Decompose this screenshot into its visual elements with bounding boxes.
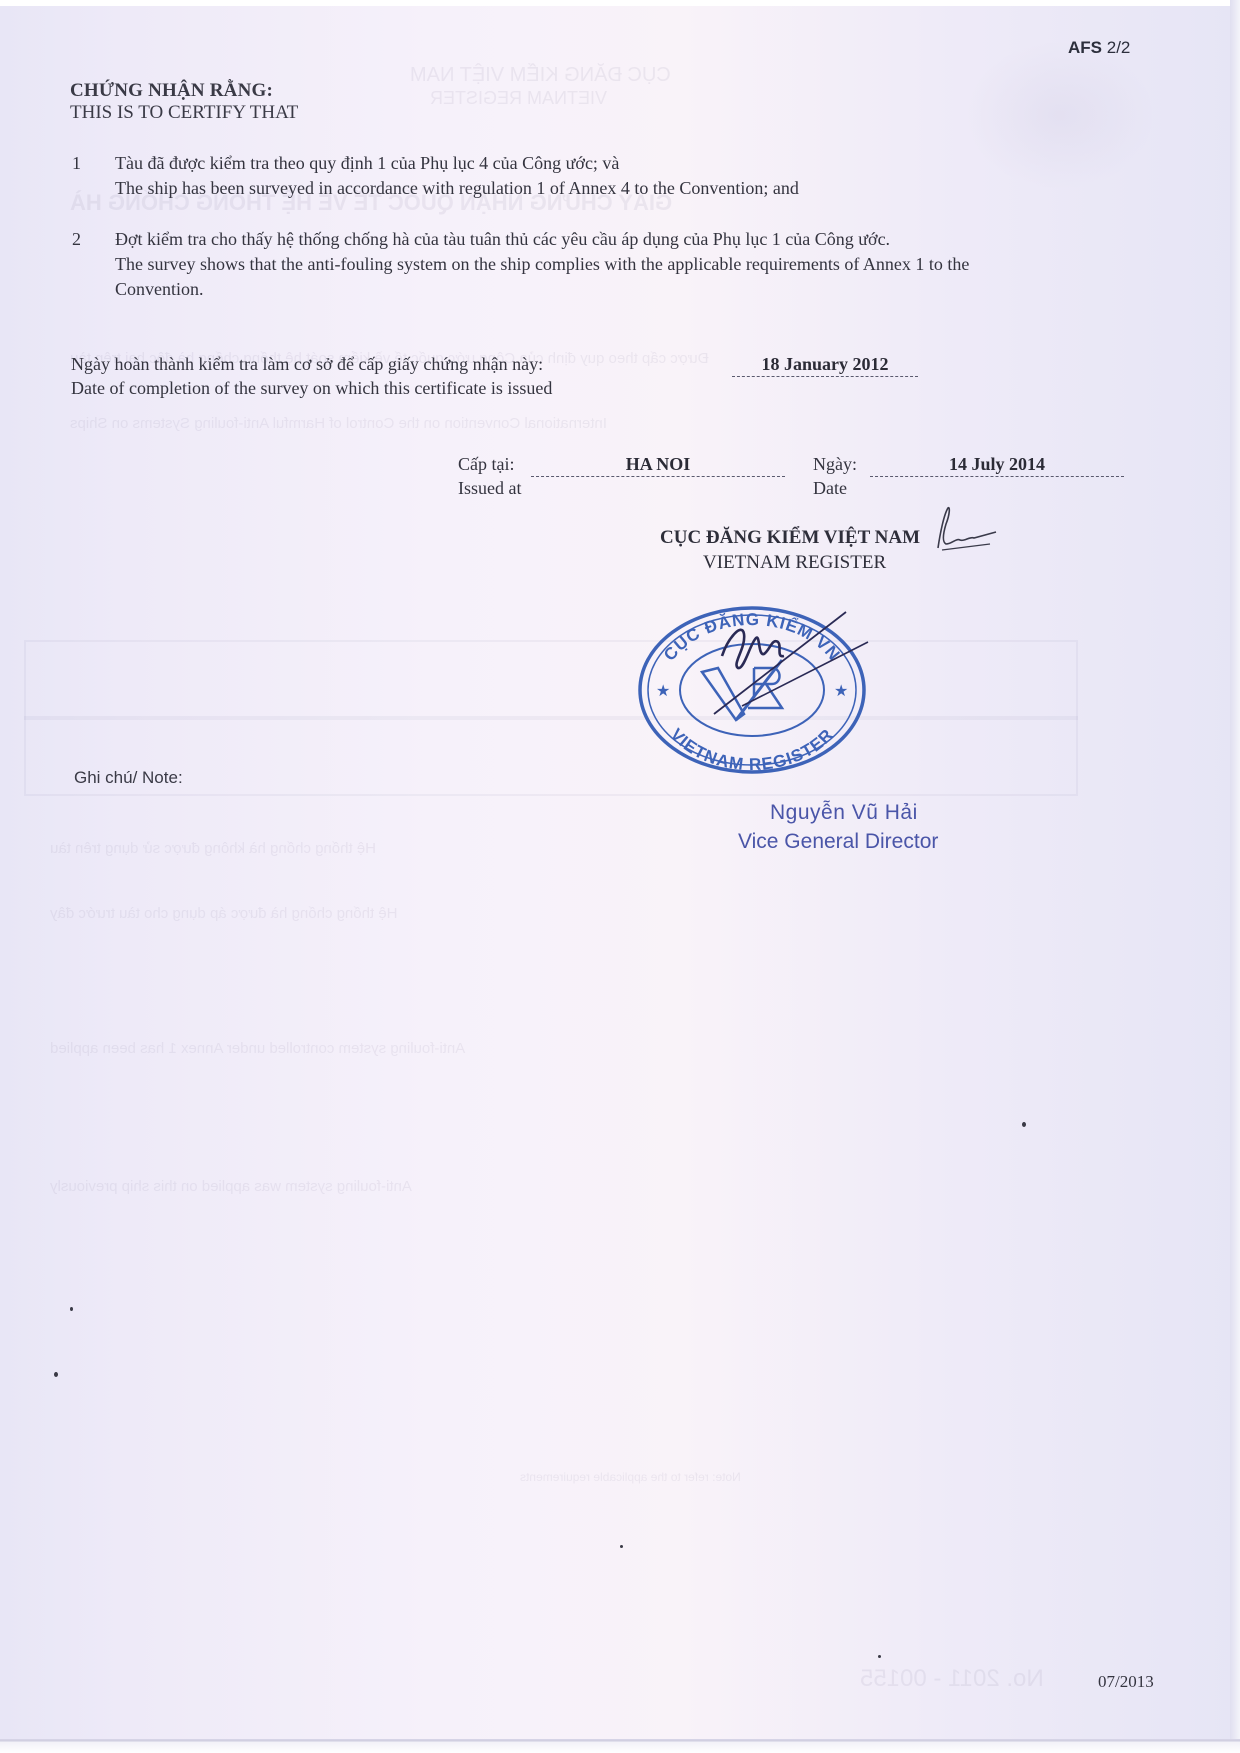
issue-date-label-en: Date — [813, 476, 857, 500]
bleed-through-text: Note: refer to the applicable requiremen… — [520, 1470, 741, 1484]
page-top-edge — [0, 0, 1240, 6]
certify-heading-vn: CHỨNG NHẬN RẰNG: — [70, 80, 273, 102]
official-stamp-icon: CỤC ĐĂNG KIỂM VN VIETNAM REGISTER ★ ★ — [632, 598, 872, 778]
item-text-en: The ship has been surveyed in accordance… — [115, 176, 1125, 201]
certification-item-1: Tàu đã được kiểm tra theo quy định 1 của… — [115, 151, 1125, 201]
item-number: 2 — [72, 229, 81, 250]
svg-text:CỤC ĐĂNG KIỂM VN: CỤC ĐĂNG KIỂM VN — [660, 610, 844, 665]
signatory-name: Nguyễn Vũ Hải — [770, 801, 918, 825]
item-number: 1 — [72, 153, 81, 174]
bleed-through-text: Hệ thống chống hà được áp dụng cho tàu t… — [50, 905, 397, 922]
note-label: Ghi chú/ Note: — [74, 768, 183, 788]
scan-speck — [1022, 1122, 1026, 1127]
bleed-through-text: Anti-fouling system was applied on this … — [50, 1178, 412, 1195]
issued-at-value: HA NOI — [531, 454, 785, 477]
issue-date-label-vn: Ngày: — [813, 452, 857, 476]
initials-signature-icon — [930, 504, 1000, 554]
form-revision-code: 07/2013 — [1098, 1672, 1154, 1692]
svg-text:★: ★ — [656, 681, 670, 700]
survey-completion-label-vn: Ngày hoàn thành kiểm tra làm cơ sở để cấ… — [71, 352, 552, 376]
survey-completion-label-en: Date of completion of the survey on whic… — [71, 376, 552, 400]
form-code-prefix: AFS — [1068, 38, 1102, 57]
issuer-name-vn: CỤC ĐĂNG KIỂM VIỆT NAM — [660, 527, 920, 549]
page-right-edge — [1230, 0, 1240, 1753]
item-text-en: The survey shows that the anti-fouling s… — [115, 252, 1125, 277]
bleed-through-text: No. 2011 - 00155 — [860, 1665, 1044, 1693]
svg-text:★: ★ — [834, 681, 848, 700]
bleed-through-text: International Convention on the Control … — [70, 415, 607, 432]
scan-speck — [878, 1655, 881, 1658]
scan-speck — [54, 1372, 58, 1377]
issued-at-label: Cấp tại: Issued at — [458, 452, 521, 500]
bleed-through-text: VIETNAM REGISTER — [430, 88, 607, 109]
survey-completion-label: Ngày hoàn thành kiểm tra làm cơ sở để cấ… — [71, 352, 552, 400]
bleed-through-text: Hệ thống chống hà không được sử dụng trê… — [50, 840, 376, 857]
bleed-through-table-rule — [24, 716, 1078, 720]
issuer-name-en: VIETNAM REGISTER — [703, 552, 886, 574]
issued-at-label-vn: Cấp tại: — [458, 452, 521, 476]
form-page-number: 2/2 — [1107, 38, 1131, 57]
survey-completion-date: 18 January 2012 — [732, 354, 918, 377]
form-code: AFS 2/2 — [1068, 38, 1130, 58]
bleed-through-text: Anti-fouling system controlled under Ann… — [50, 1040, 465, 1057]
item-text-vn: Tàu đã được kiểm tra theo quy định 1 của… — [115, 151, 1125, 176]
svg-text:VIETNAM REGISTER: VIETNAM REGISTER — [667, 725, 838, 774]
issued-at-label-en: Issued at — [458, 476, 521, 500]
bleed-through-text: CỤC ĐĂNG KIỂM VIỆT NAM — [410, 64, 671, 87]
scan-speck — [620, 1545, 623, 1548]
issue-date-value: 14 July 2014 — [870, 454, 1124, 477]
page-bottom-edge — [0, 1739, 1240, 1753]
signatory-title: Vice General Director — [738, 830, 938, 854]
certify-heading-en: THIS IS TO CERTIFY THAT — [70, 102, 298, 124]
scan-speck — [70, 1307, 73, 1311]
item-text-en-continued: Convention. — [115, 277, 1125, 302]
issue-date-label: Ngày: Date — [813, 452, 857, 500]
item-text-vn: Đợt kiểm tra cho thấy hệ thống chống hà … — [115, 227, 1125, 252]
certification-item-2: Đợt kiểm tra cho thấy hệ thống chống hà … — [115, 227, 1125, 302]
